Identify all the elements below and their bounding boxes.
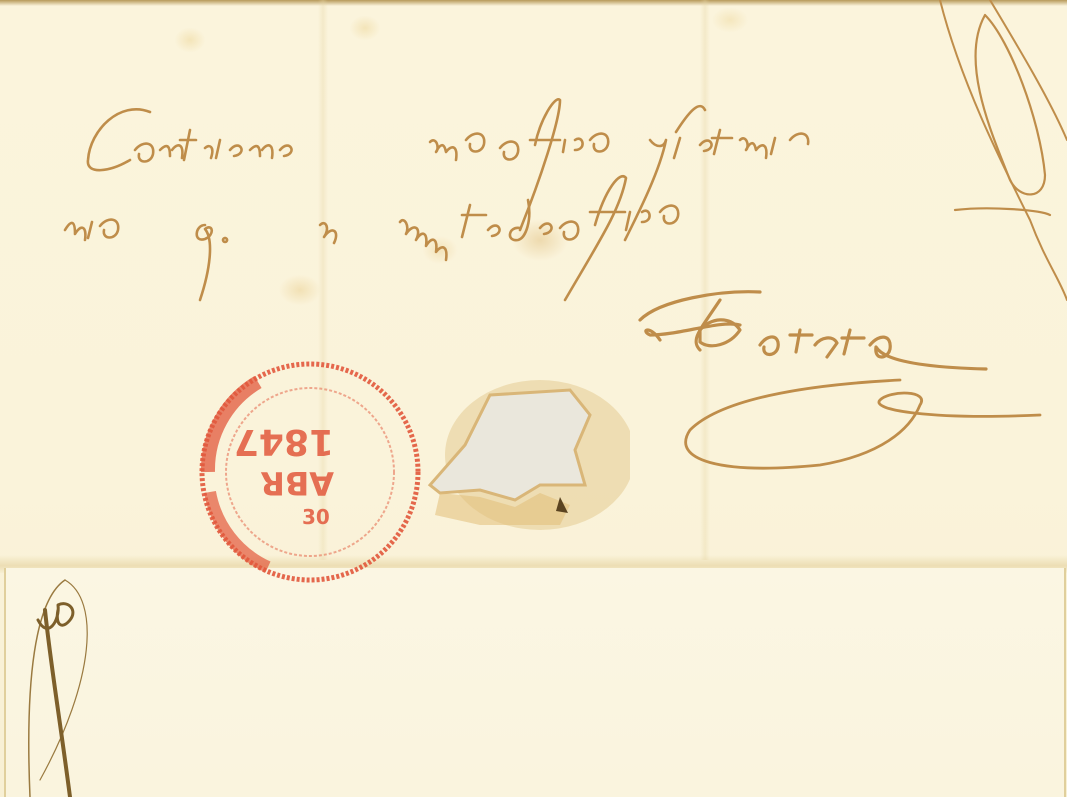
postmark-icon: 1847 ABR 30 [198,352,428,592]
letter-cover: 1847 ABR 30 [0,0,1067,797]
fold-line [700,0,710,560]
top-edge-shadow [0,0,1067,6]
svg-text:30: 30 [302,505,330,529]
lower-flap [4,568,1066,797]
seal-remnant-icon [420,375,630,545]
svg-text:ABR: ABR [260,464,334,502]
svg-text:1847: 1847 [234,421,334,462]
